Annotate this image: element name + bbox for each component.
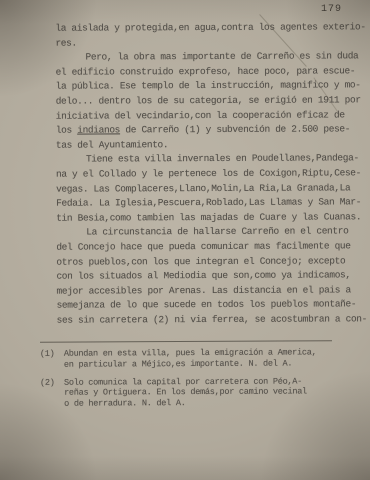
body-line: Fedaia. La Iglesia,Pescuera,Roblado,Las … xyxy=(56,195,360,211)
text-segment: La circunstancia de hallarse Carreño en … xyxy=(86,226,348,238)
text-segment: res. xyxy=(55,37,76,48)
text-segment: la pública. Ese templo de la instrucción… xyxy=(56,80,361,92)
body-line: iniciativa del vecindario,con la coopera… xyxy=(56,108,360,124)
body-line: tas del Ayuntamiento. xyxy=(56,137,360,153)
body-line: con los situados al Mediodia que son,com… xyxy=(56,268,360,284)
text-segment: mejor accesibles por Arenas. Las distanc… xyxy=(56,284,350,296)
scanned-document-page: 179 la aislada y protegida,en agua,contr… xyxy=(0,0,370,480)
text-segment: na y el Collado y le pertenece los de Co… xyxy=(56,167,361,179)
text-segment: los xyxy=(56,125,77,136)
body-line: Pero, la obra mas importante de Carreño … xyxy=(55,50,359,66)
text-segment: el edificio construido exprofeso, hace p… xyxy=(56,65,356,77)
text-segment: iniciativa del vecindario,con la coopera… xyxy=(56,109,345,121)
body-line: vegas. Las Complaceres,Llano,Molin,La Ri… xyxy=(56,181,360,197)
text-segment: con los situados al Mediodia que son,com… xyxy=(56,269,350,281)
body-line: la pública. Ese templo de la instrucción… xyxy=(56,79,360,95)
body-line: el edificio construido exprofeso, hace p… xyxy=(56,64,360,80)
text-segment: otros pueblos,con los que integran el Co… xyxy=(56,255,345,267)
footnote-line: o de herradura. N. del A. xyxy=(64,397,360,409)
footnote: (1)Abundan en esta villa, pues la emigra… xyxy=(40,347,360,370)
text-segment: del Concejo hace que pueda comunicar mas… xyxy=(56,240,350,252)
body-line: Tiene esta villa invernales en Poudellan… xyxy=(56,152,360,168)
underlined-word: indianos xyxy=(77,125,120,136)
page-number: 179 xyxy=(321,4,342,15)
body-line: res. xyxy=(55,35,359,51)
body-line: semejanza de lo que sucede en todos los … xyxy=(57,298,361,314)
footnote: (2)Solo comunica la capital por carreter… xyxy=(40,376,360,410)
footnote-line: Abundan en esta villa, pues la emigració… xyxy=(64,347,360,359)
body-line: na y el Collado y le pertenece los de Co… xyxy=(56,166,360,182)
text-segment: ses sin carretera (2) ni via ferrea, se … xyxy=(57,313,367,325)
body-text: la aislada y protegida,en agua,contra lo… xyxy=(55,20,360,328)
body-line: la aislada y protegida,en agua,contra lo… xyxy=(55,20,359,36)
body-line: del Concejo hace que pueda comunicar mas… xyxy=(56,239,360,255)
text-segment: tas del Ayuntamiento. xyxy=(56,139,168,150)
footnote-text: Solo comunica la capital por carretera c… xyxy=(64,376,360,410)
body-line: ses sin carretera (2) ni via ferrea, se … xyxy=(57,312,361,328)
text-segment: Pero, la obra mas importante de Carreño … xyxy=(85,51,358,63)
body-line: mejor accesibles por Arenas. Las distanc… xyxy=(56,283,360,299)
text-segment: vegas. Las Complaceres,Llano,Molin,La Ri… xyxy=(56,182,350,194)
text-segment: Tiene esta villa invernales en Poudellan… xyxy=(86,153,359,165)
footnote-marker: (2) xyxy=(40,377,64,410)
text-segment: la aislada y protegida,en agua,contra lo… xyxy=(55,21,365,33)
text-segment: semejanza de lo que sucede en todos los … xyxy=(57,299,357,311)
footnote-text: Abundan en esta villa, pues la emigració… xyxy=(64,347,360,370)
text-segment: de Carreño (1) y subvención de 2.500 pes… xyxy=(120,124,350,136)
body-line: delo... dentro los de su categoria, se e… xyxy=(56,93,360,109)
body-line: tin Besia,como tambien las majadas de Cu… xyxy=(56,210,360,226)
footnotes: (1)Abundan en esta villa, pues la emigra… xyxy=(40,347,360,417)
text-segment: delo... dentro los de su categoria, se e… xyxy=(56,94,361,106)
footnote-marker: (1) xyxy=(40,349,64,371)
text-segment: tin Besia,como tambien las majadas de Cu… xyxy=(56,211,361,223)
footnote-separator xyxy=(40,340,332,343)
footnote-line: en particular a Méjico,es importante. N.… xyxy=(64,358,360,370)
text-segment: Fedaia. La Iglesia,Pescuera,Roblado,Las … xyxy=(56,196,361,208)
body-line: otros pueblos,con los que integran el Co… xyxy=(56,254,360,270)
body-line: La circunstancia de hallarse Carreño en … xyxy=(56,225,360,241)
body-line: los indianos de Carreño (1) y subvención… xyxy=(56,122,360,138)
